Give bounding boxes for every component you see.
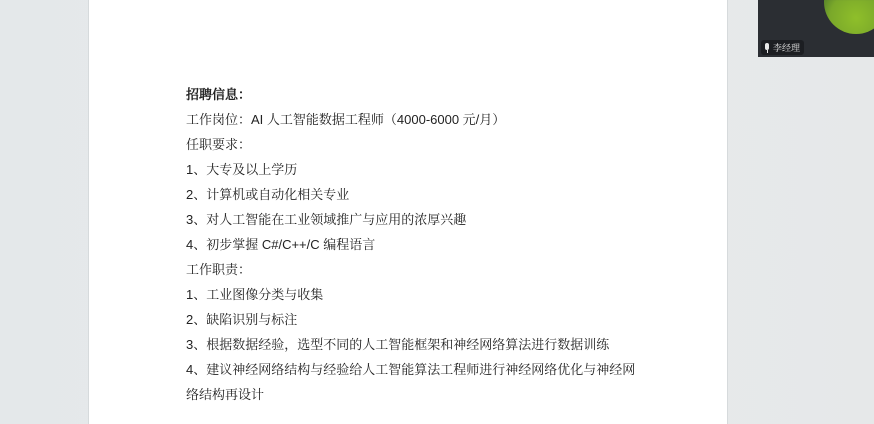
duties-title: 工作职责： [186,259,656,284]
requirement-item: 1、大专及以上学历 [186,159,656,184]
duty-item-continued: 络结构再设计 [186,384,656,409]
duty-item: 4、建议神经网络结构与经验给人工智能算法工程师进行神经网络优化与神经网 [186,359,656,384]
requirement-item: 4、初步掌握 C#/C++/C 编程语言 [186,234,656,259]
participant-video-tile[interactable]: 李经理 [758,0,874,57]
duty-item: 2、缺陷识别与标注 [186,309,656,334]
position-line: 工作岗位：AI 人工智能数据工程师（4000-6000 元/月） [186,109,656,134]
participant-video-avatar [824,0,874,34]
participant-name-tag: 李经理 [761,40,804,55]
microphone-icon [764,43,770,53]
recruitment-heading: 招聘信息： [186,84,656,109]
document-page: 招聘信息： 工作岗位：AI 人工智能数据工程师（4000-6000 元/月） 任… [88,0,728,424]
duty-item: 1、工业图像分类与收集 [186,284,656,309]
document-content: 招聘信息： 工作岗位：AI 人工智能数据工程师（4000-6000 元/月） 任… [186,84,656,409]
requirement-item: 2、计算机或自动化相关专业 [186,184,656,209]
requirements-title: 任职要求： [186,134,656,159]
duty-item: 3、根据数据经验，选型不同的人工智能框架和神经网络算法进行数据训练 [186,334,656,359]
participant-name: 李经理 [773,41,800,54]
requirement-item: 3、对人工智能在工业领域推广与应用的浓厚兴趣 [186,209,656,234]
